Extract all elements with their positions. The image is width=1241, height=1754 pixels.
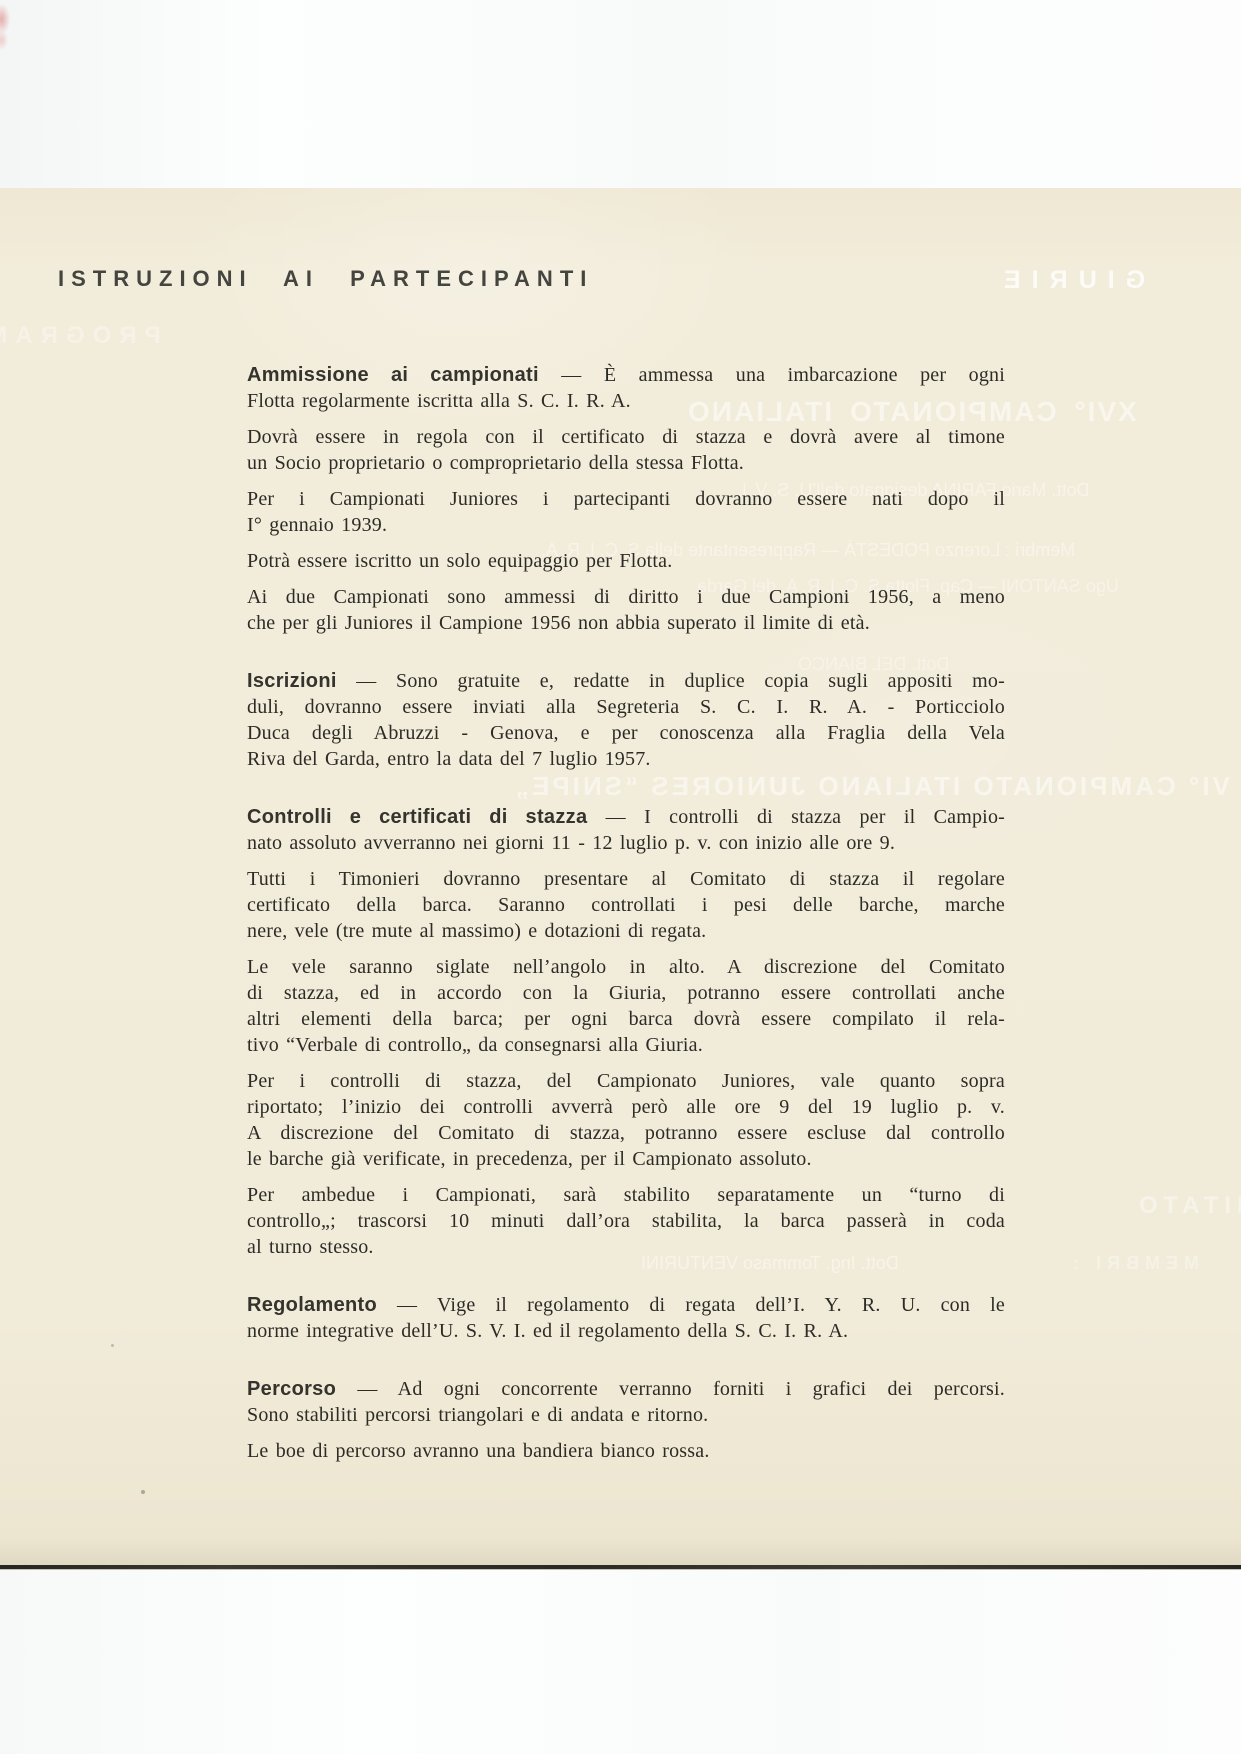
text-line: Potrà essere iscritto un solo equipaggio…: [247, 548, 1005, 574]
ink-speck: [111, 1344, 114, 1347]
paragraph: Per i controlli di stazza, del Campionat…: [247, 1068, 1005, 1172]
paragraph: Ammissione ai campionati — È ammessa una…: [247, 362, 1005, 414]
scanner-top-margin: [0, 0, 1241, 188]
ghost-text-giurie: GIURIE: [993, 266, 1145, 295]
text-line: Per ambedue i Campionati, sarà stabilito…: [247, 1182, 1005, 1208]
paragraph: Iscrizioni — Sono gratuite e, redatte in…: [247, 668, 1005, 772]
text-line: A discrezione del Comitato di stazza, po…: [247, 1120, 1005, 1146]
paragraph: Potrà essere iscritto un solo equipaggio…: [247, 548, 1005, 574]
document-body: Ammissione ai campionati — È ammessa una…: [247, 362, 1005, 1464]
text-line: Tutti i Timonieri dovranno presentare al…: [247, 866, 1005, 892]
text-line: Flotta regolarmente iscritta alla S. C. …: [247, 388, 1005, 414]
text-line: che per gli Juniores il Campione 1956 no…: [247, 610, 1005, 636]
text-line: Iscrizioni — Sono gratuite e, redatte in…: [247, 668, 1005, 694]
text-line: I° gennaio 1939.: [247, 512, 1005, 538]
text-line: riportato; l’inizio dei controlli avverr…: [247, 1094, 1005, 1120]
paragraph: Per i Campionati Juniores i partecipanti…: [247, 486, 1005, 538]
text-line: di stazza, ed in accordo con la Giuria, …: [247, 980, 1005, 1006]
paragraph: Le boe di percorso avranno una bandiera …: [247, 1438, 1005, 1464]
text-line: Regolamento — Vige il regolamento di reg…: [247, 1292, 1005, 1318]
paragraph: Percorso — Ad ogni concorrente verranno …: [247, 1376, 1005, 1428]
text-line: nere, vele (tre mute al massimo) e dotaz…: [247, 918, 1005, 944]
text-line: Controlli e certificati di stazza — I co…: [247, 804, 1005, 830]
text-line: duli, dovranno essere inviati alla Segre…: [247, 694, 1005, 720]
text-line: Dovrà essere in regola con il certificat…: [247, 424, 1005, 450]
text-line: le barche già verificate, in precedenza,…: [247, 1146, 1005, 1172]
ghost-text-membri-label: MEMBRI :: [1067, 1253, 1199, 1274]
text-line: Le vele saranno siglate nell’angolo in a…: [247, 954, 1005, 980]
section-heading: Iscrizioni: [247, 670, 337, 692]
text-line: un Socio proprietario o comproprietario …: [247, 450, 1005, 476]
text-line: altri elementi della barca; per ogni bar…: [247, 1006, 1005, 1032]
text-line: certificato della barca. Saranno control…: [247, 892, 1005, 918]
page-title: ISTRUZIONI AI PARTECIPANTI: [58, 264, 593, 294]
page-edge-line: [0, 1565, 1241, 1569]
text-line: Sono stabiliti percorsi triangolari e di…: [247, 1402, 1005, 1428]
text-line: Ammissione ai campionati — È ammessa una…: [247, 362, 1005, 388]
paragraph: Per ambedue i Campionati, sarà stabilito…: [247, 1182, 1005, 1260]
scanner-bottom-margin: [0, 1570, 1241, 1754]
page-scan: GIURIE XVI° CAMPIONATO ITALIANO PROGRAMM…: [0, 0, 1241, 1754]
section-heading: Percorso: [247, 1378, 336, 1400]
ghost-text-comitato: COMITATO: [1133, 1192, 1241, 1220]
text-line: controllo„; trascorsi 10 minuti dall’ora…: [247, 1208, 1005, 1234]
text-line: nato assoluto avverranno nei giorni 11 -…: [247, 830, 1005, 856]
section-heading: Ammissione ai campionati: [247, 364, 539, 386]
text-line: Ai due Campionati sono ammessi di diritt…: [247, 584, 1005, 610]
text-line: norme integrative dell’U. S. V. I. ed il…: [247, 1318, 1005, 1344]
paragraph: Le vele saranno siglate nell’angolo in a…: [247, 954, 1005, 1058]
section-heading: Regolamento: [247, 1294, 377, 1316]
text-line: Riva del Garda, entro la data del 7 lugl…: [247, 746, 1005, 772]
paragraph: Dovrà essere in regola con il certificat…: [247, 424, 1005, 476]
paragraph: Tutti i Timonieri dovranno presentare al…: [247, 866, 1005, 944]
text-line: tivo “Verbale di controllo„ da consegnar…: [247, 1032, 1005, 1058]
text-line: Per i controlli di stazza, del Campionat…: [247, 1068, 1005, 1094]
paragraph: Controlli e certificati di stazza — I co…: [247, 804, 1005, 856]
paragraph: Regolamento — Vige il regolamento di reg…: [247, 1292, 1005, 1344]
text-line: Duca degli Abruzzi - Genova, e per conos…: [247, 720, 1005, 746]
text-line: al turno stesso.: [247, 1234, 1005, 1260]
section-heading: Controlli e certificati di stazza: [247, 806, 587, 828]
text-line: Le boe di percorso avranno una bandiera …: [247, 1438, 1005, 1464]
paragraph: Ai due Campionati sono ammessi di diritt…: [247, 584, 1005, 636]
ink-speck: [141, 1490, 145, 1494]
text-line: Per i Campionati Juniores i partecipanti…: [247, 486, 1005, 512]
ghost-text-programma: PROGRAMMA: [0, 322, 161, 350]
text-line: Percorso — Ad ogni concorrente verranno …: [247, 1376, 1005, 1402]
